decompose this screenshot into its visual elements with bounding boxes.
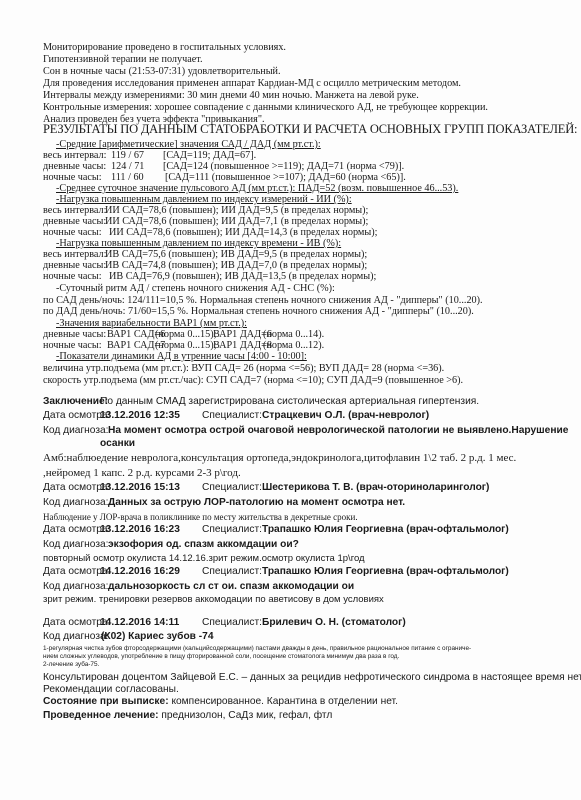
diagnosis-text: (К02) Кариес зубов -74 <box>101 631 214 642</box>
diagnosis-text: дальнозоркость сл ст ои. спазм аккомодац… <box>108 581 354 592</box>
iv-row: ночные часы:ИВ САД=76,9 (повышен); ИВ ДА… <box>43 271 376 282</box>
row-detail: ИИ САД=78,6 (повышен); ИИ ДАД=9,5 (в пре… <box>105 205 368 216</box>
diagnosis-text: На момент осмотра острой очаговой неврол… <box>108 425 568 436</box>
row-label: ночные часы: <box>43 340 107 351</box>
var-sad-norm: (норма 0...15); <box>155 329 213 340</box>
row-label: ночные часы: <box>43 172 111 183</box>
row-label: ночные часы: <box>43 227 109 238</box>
intro-line: Интервалы между измерениями: 30 мин днем… <box>43 90 419 101</box>
specialist-name: Шестерикова Т. В. (врач-оториноларинголо… <box>262 482 489 493</box>
consult-line: Рекомендации согласованы. <box>43 684 179 696</box>
exam-note: Амб:наблюедение невролога,консультация о… <box>43 451 516 465</box>
row-label: дневные часы: <box>43 329 107 340</box>
ii-row: ночные часы:ИИ САД=78,6 (повышен); ИИ ДА… <box>43 227 377 238</box>
row-label: весь интервал: <box>43 205 105 216</box>
row-label: дневные часы: <box>43 216 105 227</box>
exam-date-row: Дата осмотра:14.12.2016 16:29Специалист:… <box>43 566 509 578</box>
ii-title: -Нагрузка повышенным давлением по индекс… <box>43 194 352 205</box>
row-value: 124 / 71 <box>111 161 163 172</box>
mean-row: весь интервал:119 / 67[САД=119; ДАД=67]. <box>43 150 256 161</box>
intro-line: Контрольные измерения: хорошее совпадени… <box>43 102 488 113</box>
row-label: дневные часы: <box>43 161 111 172</box>
intro-line: Сон в ночные часы (21:53-07:31) удовлетв… <box>43 66 281 77</box>
diagnosis-label: Код диагноза: <box>43 581 108 593</box>
exam-date: 14.12.2016 14:11 <box>100 617 202 629</box>
intro-line: Мониторирование проведено в госпитальных… <box>43 42 286 53</box>
specialist-name: Трапашко Юлия Георгиевна (врач-офтальмол… <box>262 524 509 535</box>
specialist-name: Страцкевич О.Л. (врач-невролог) <box>262 410 429 421</box>
treatment-row: Проведенное лечение: преднизолон, СаДз м… <box>43 710 332 722</box>
treatment-text: преднизолон, СаДз мик, гефал, фтл <box>161 710 332 721</box>
row-detail: ИВ САД=75,6 (повышен); ИВ ДАД=9,5 (в пре… <box>105 249 367 260</box>
discharge-label: Состояние при выписке: <box>43 696 169 707</box>
iv-row: весь интервал:ИВ САД=75,6 (повышен); ИВ … <box>43 249 367 260</box>
exam-diagnosis-row: Код диагноза:экзофория од. спазм аккомда… <box>43 539 299 551</box>
sns-row: по ДАД день/ночь: 71/60=15,5 %. Нормальн… <box>43 306 474 317</box>
discharge-text: компенсированное. Карантина в отделении … <box>171 696 397 707</box>
date-label: Дата осмотра: <box>43 524 100 536</box>
intro-line: Гипотензивной терапии не получает. <box>43 54 203 65</box>
pulse-line: -Среднее суточное значение пульсового АД… <box>43 183 458 194</box>
exam-diagnosis-row: Код диагноза:дальнозоркость сл ст ои. сп… <box>43 581 354 593</box>
exam-note: повторный осмотр окулиста 14.12.16.зрит … <box>43 553 365 564</box>
row-detail: [САД=124 (повышенное >=119); ДАД=71 (нор… <box>163 161 404 172</box>
exam-date: 13.12.2016 15:13 <box>100 482 202 494</box>
row-detail: [САД=111 (повышенное >=107); ДАД=60 (нор… <box>165 172 406 183</box>
discharge-row: Состояние при выписке: компенсированное.… <box>43 696 398 708</box>
specialist-label: Специалист: <box>202 524 262 536</box>
row-label: весь интервал: <box>43 249 105 260</box>
exam-date: 13.12.2016 16:23 <box>100 524 202 536</box>
exam-date: 13.12.2016 12:35 <box>100 410 202 422</box>
diagnosis-label: Код диагноза: <box>43 425 108 437</box>
specialist-name: Трапашко Юлия Георгиевна (врач-офтальмол… <box>262 566 509 577</box>
row-value: 119 / 67 <box>111 150 163 161</box>
row-detail: ИИ САД=78,6 (повышен); ИИ ДАД=14,3 (в пр… <box>109 227 377 238</box>
exam-note: 1-регулярная чистка зубов фторсодержащим… <box>43 645 471 653</box>
exam-diagnosis-row: Код диагноза:Данных за острую ЛОР-патоло… <box>43 497 405 509</box>
date-label: Дата осмотра: <box>43 566 100 578</box>
specialist-label: Специалист: <box>202 410 262 422</box>
var-row: ночные часы:ВАР1 САД=7(норма 0...15);ВАР… <box>43 340 324 351</box>
var-dad-norm: (норма 0...14). <box>263 329 324 340</box>
exam-note: зрит режим. тренировки резервов аккомода… <box>43 594 384 605</box>
var-title: -Значения вариабельности ВАР1 (мм рт.ст.… <box>43 318 247 329</box>
iv-title: -Нагрузка повышенным давлением по индекс… <box>43 238 341 249</box>
diagnosis-label: Код диагноза: <box>43 539 108 551</box>
row-detail: ИВ САД=76,9 (повышен); ИВ ДАД=13,5 (в пр… <box>109 271 376 282</box>
var-sad: ВАР1 САД=7 <box>107 340 155 351</box>
morning-title: -Показатели динамики АД в утренние часы … <box>43 351 307 362</box>
conclusion-label: Заключение: <box>43 396 100 408</box>
row-detail: ИВ САД=74,8 (повышен); ИВ ДАД=7,0 (в пре… <box>105 260 367 271</box>
var-row: дневные часы:ВАР1 САД=6(норма 0...15);ВА… <box>43 329 324 340</box>
sns-title: -Суточный ритм АД / степень ночного сниж… <box>43 283 335 294</box>
diagnosis-label: Код диагноза: <box>43 631 101 643</box>
exam-note: 2-лечение зуба-75. <box>43 661 99 669</box>
specialist-label: Специалист: <box>202 482 262 494</box>
mean-title: -Средние [арифметические] значения САД /… <box>43 139 321 150</box>
specialist-name: Брилевич О. Н. (стоматолог) <box>262 617 406 628</box>
date-label: Дата осмотра: <box>43 482 100 494</box>
exam-date-row: Дата осмотра:13.12.2016 16:23Специалист:… <box>43 524 509 536</box>
diagnosis-text-cont: осанки <box>100 438 135 450</box>
exam-date-row: Дата осмотра:14.12.2016 14:11Специалист:… <box>43 617 406 629</box>
mean-row: дневные часы:124 / 71[САД=124 (повышенно… <box>43 161 404 172</box>
row-label: весь интервал: <box>43 150 111 161</box>
treatment-label: Проведенное лечение: <box>43 710 159 721</box>
exam-note: Наблюдение у ЛОР-врача в поликлинике по … <box>43 512 358 523</box>
diagnosis-text: Данных за острую ЛОР-патологию на момент… <box>108 497 405 508</box>
row-label: дневные часы: <box>43 260 105 271</box>
sns-row: по САД день/ночь: 124/111=10,5 %. Нормал… <box>43 295 483 306</box>
conclusion-row: Заключение:По данным СМАД зарегистрирова… <box>43 396 479 408</box>
results-heading: РЕЗУЛЬТАТЫ ПО ДАННЫМ СТАТОБРАБОТКИ И РАС… <box>43 124 577 135</box>
document-page: Мониторирование проведено в госпитальных… <box>0 0 581 800</box>
var-sad-norm: (норма 0...15); <box>155 340 213 351</box>
exam-date: 14.12.2016 16:29 <box>100 566 202 578</box>
var-dad-norm: (норма 0...12). <box>263 340 324 351</box>
exam-date-row: Дата осмотра:13.12.2016 12:35Специалист:… <box>43 410 429 422</box>
iv-row: дневные часы:ИВ САД=74,8 (повышен); ИВ Д… <box>43 260 367 271</box>
diagnosis-text: экзофория од. спазм аккомдации ои? <box>108 539 299 550</box>
intro-line: Для проведения исследования применен апп… <box>43 78 461 89</box>
morning-row: скорость утр.подъема (мм рт.ст./час): СУ… <box>43 375 463 386</box>
mean-row: ночные часы:111 / 60[САД=111 (повышенное… <box>43 172 406 183</box>
diagnosis-label: Код диагноза: <box>43 497 108 509</box>
ii-row: весь интервал:ИИ САД=78,6 (повышен); ИИ … <box>43 205 368 216</box>
conclusion-text: По данным СМАД зарегистрирована систолич… <box>100 396 479 407</box>
exam-note: ,нейромед 1 капс. 2 р.д. курсами 2-3 р\г… <box>43 466 241 480</box>
morning-row: величина утр.подъема (мм рт.ст.): ВУП СА… <box>43 363 444 374</box>
row-label: ночные часы: <box>43 271 109 282</box>
date-label: Дата осмотра: <box>43 410 100 422</box>
consult-line: Консультирован доцентом Зайцевой Е.С. – … <box>43 672 581 684</box>
exam-date-row: Дата осмотра:13.12.2016 15:13Специалист:… <box>43 482 489 494</box>
var-sad: ВАР1 САД=6 <box>107 329 155 340</box>
specialist-label: Специалист: <box>202 617 262 629</box>
exam-diagnosis-row: Код диагноза:(К02) Кариес зубов -74 <box>43 631 214 643</box>
row-detail: [САД=119; ДАД=67]. <box>163 150 256 161</box>
row-detail: ИИ САД=78,6 (повышен); ИИ ДАД=7,1 (в пре… <box>105 216 368 227</box>
exam-diagnosis-row: Код диагноза:На момент осмотра острой оч… <box>43 425 568 437</box>
var-dad: ВАР1 ДАД=6 <box>213 329 263 340</box>
specialist-label: Специалист: <box>202 566 262 578</box>
exam-note: нием сложных углеводов, употребление в п… <box>43 653 399 661</box>
ii-row: дневные часы:ИИ САД=78,6 (повышен); ИИ Д… <box>43 216 368 227</box>
var-dad: ВАР1 ДАД=8 <box>213 340 263 351</box>
date-label: Дата осмотра: <box>43 617 100 629</box>
row-value: 111 / 60 <box>111 172 165 183</box>
